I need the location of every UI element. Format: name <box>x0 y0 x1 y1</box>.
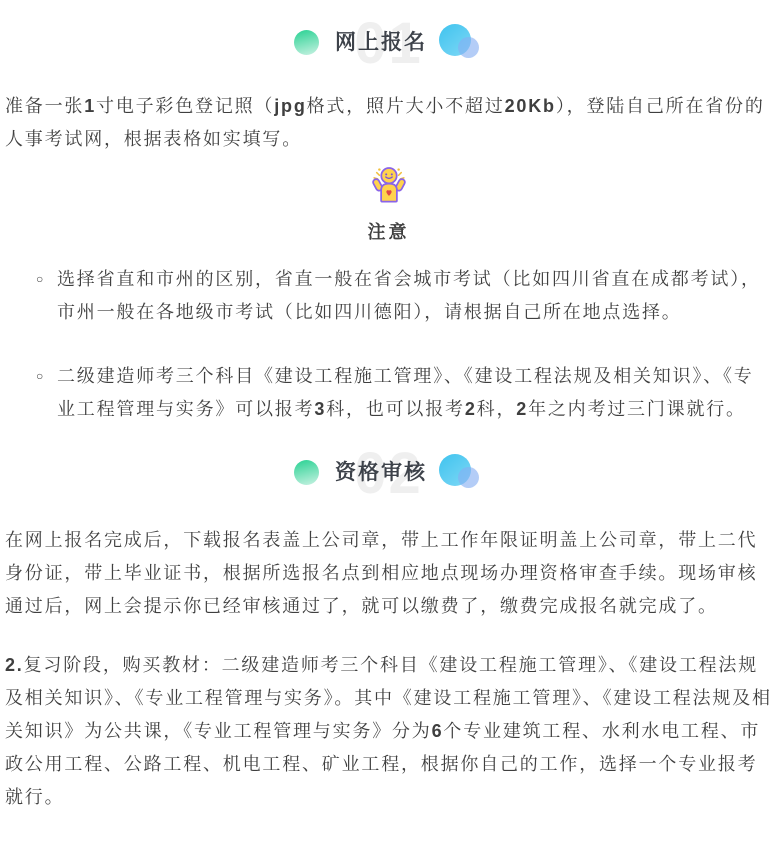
text-segment: 选择省直和市州的区别，省直一般在省会城市考试（比如四川省直在成都考试），市州一般… <box>57 269 761 322</box>
section-title-online-registration: 网上报名 <box>335 26 427 59</box>
text-segment: 格式，照片大小不超过 <box>307 96 505 116</box>
green-dot-icon <box>294 30 319 55</box>
notice-list: 选择省直和市州的区别，省直一般在省会城市考试（比如四川省直在成都考试），市州一般… <box>5 263 772 426</box>
text-segment: 在网上报名完成后，下载报名表盖上公司章，带上工作年限证明盖上公司章，带上二代身份… <box>5 530 757 616</box>
notice-item: 二级建造师考三个科目《建设工程施工管理》、《建设工程法规及相关知识》、《专业工程… <box>57 360 772 426</box>
section-title-qualification-review: 资格审核 <box>335 456 427 489</box>
blue-circles-icon <box>439 451 483 493</box>
text-segment: 科， <box>477 399 517 419</box>
review-paragraph: 在网上报名完成后，下载报名表盖上公司章，带上工作年限证明盖上公司章，带上二代身份… <box>5 524 772 623</box>
text-segment: jpg <box>274 96 306 116</box>
periwinkle-circle-icon <box>458 37 479 58</box>
text-segment: 3 <box>314 399 326 419</box>
notice-heading: 注意 <box>5 216 772 249</box>
intro-paragraph: 准备一张1寸电子彩色登记照（jpg格式，照片大小不超过20Kb），登陆自己所在省… <box>5 90 772 156</box>
green-dot-icon <box>294 460 319 485</box>
text-segment: 寸电子彩色登记照（ <box>96 96 274 116</box>
study-paragraph: 2.复习阶段，购买教材：二级建造师考三个科目《建设工程施工管理》、《建设工程法规… <box>5 649 772 814</box>
section-header-online-registration: 01 网上报名 <box>5 14 772 70</box>
section-header-qualification-review: 02 资格审核 <box>5 444 772 500</box>
text-segment: 6 <box>432 721 444 741</box>
text-segment: 2 <box>465 399 477 419</box>
article-body: 01 网上报名 准备一张1寸电子彩色登记照（jpg格式，照片大小不超过20Kb）… <box>0 0 777 824</box>
text-segment: 年之内考过三门课就行。 <box>528 399 746 419</box>
text-segment: 科，也可以报考 <box>326 399 465 419</box>
text-segment: 2. <box>5 655 24 675</box>
notice-item: 选择省直和市州的区别，省直一般在省会城市考试（比如四川省直在成都考试），市州一般… <box>57 263 772 329</box>
emoji-row <box>5 164 772 204</box>
periwinkle-circle-icon <box>458 467 479 488</box>
text-segment: 2 <box>516 399 528 419</box>
text-segment: 20Kb <box>505 96 556 116</box>
hugging-emoji-icon <box>368 164 410 204</box>
text-segment: 1 <box>84 96 96 116</box>
text-segment: 准备一张 <box>5 96 84 116</box>
blue-circles-icon <box>439 21 483 63</box>
